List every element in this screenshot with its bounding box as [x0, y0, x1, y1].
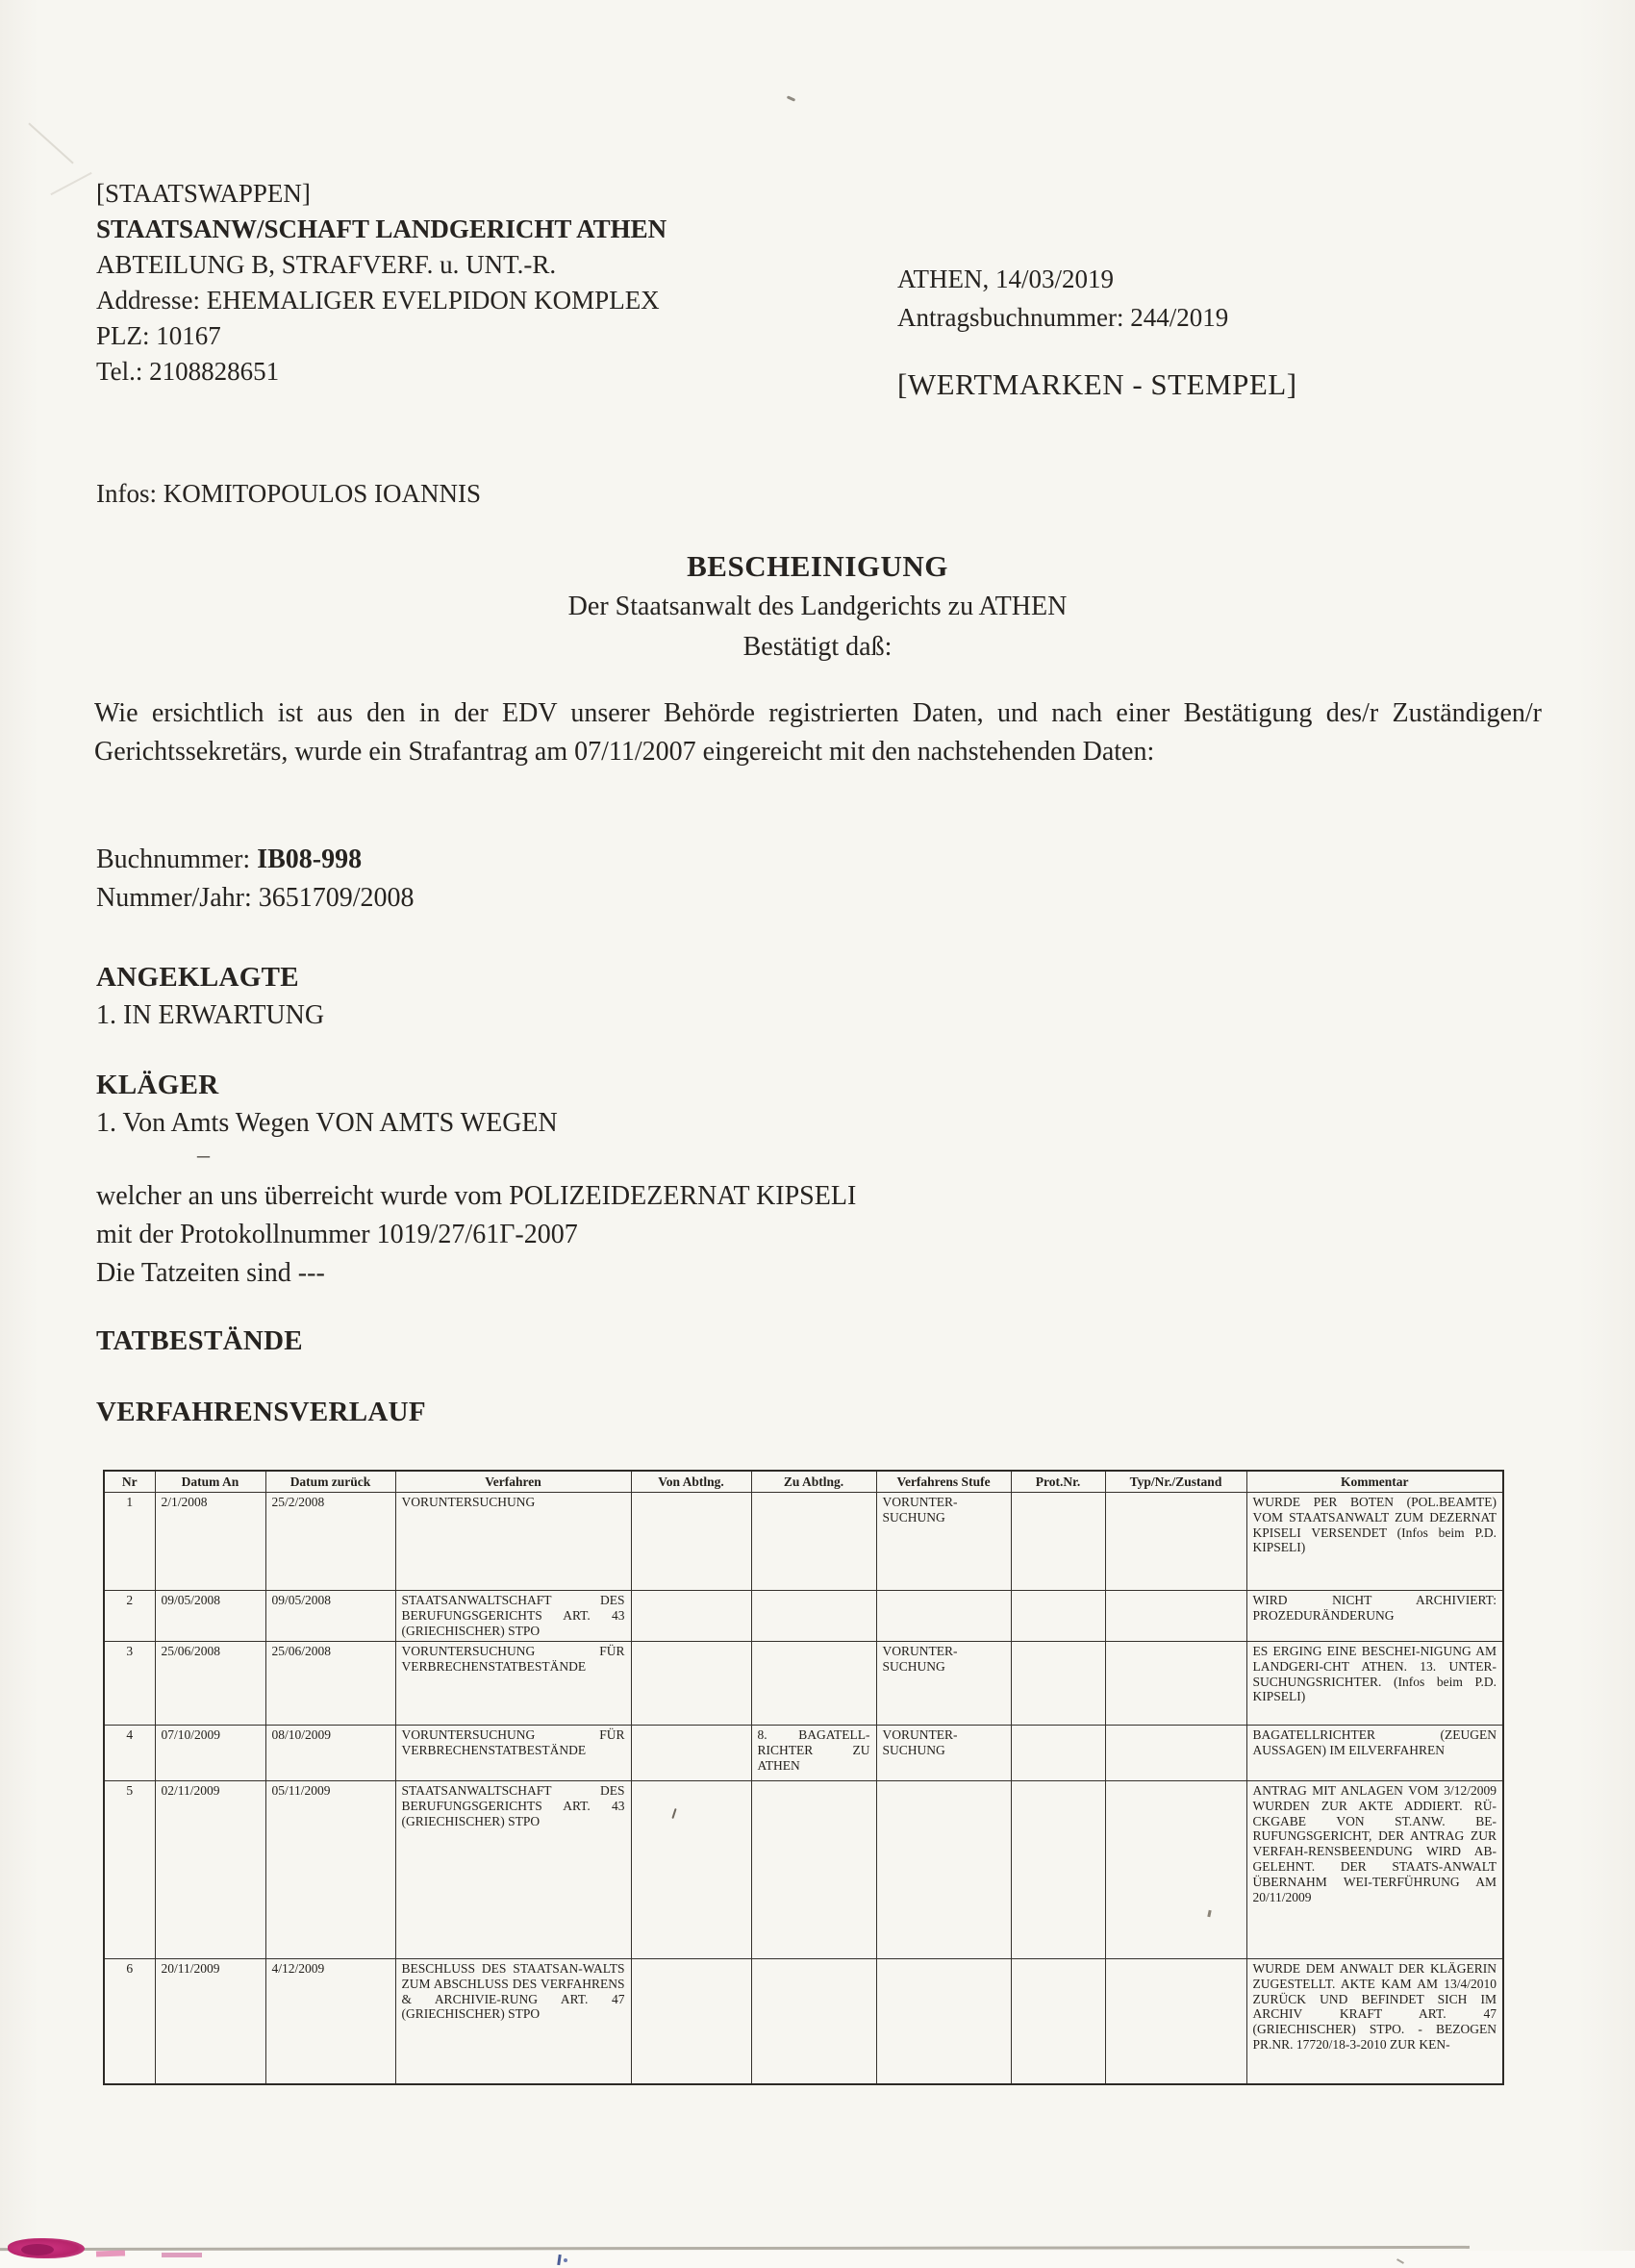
cell-zu-abtlng [751, 1591, 876, 1642]
cell-von-abtlng [631, 1781, 751, 1959]
table-row: 4 07/10/2009 08/10/2009 VORUNTERSUCHUNG … [104, 1726, 1503, 1781]
cell-verfahrens-stufe [876, 1781, 1011, 1959]
table-header-row: Nr Datum An Datum zurück Verfahren Von A… [104, 1471, 1503, 1493]
table-row: 3 25/06/2008 25/06/2008 VORUNTERSUCHUNG … [104, 1642, 1503, 1726]
klaeger-item: 1. Von Amts Wegen VON AMTS WEGEN [96, 1108, 558, 1139]
cell-zu-abtlng [751, 1493, 876, 1591]
heading-verfahrensverlauf: VERFAHRENSVERLAUF [96, 1397, 426, 1428]
cell-kommentar: ANTRAG MIT ANLAGEN VOM 3/12/2009 WURDEN … [1246, 1781, 1503, 1959]
col-header-datum-an: Datum An [155, 1471, 265, 1493]
cell-prot-nr [1011, 1781, 1105, 1959]
document-title: BESCHEINIGUNG [96, 546, 1539, 587]
handover-line-1: welcher an uns überreicht wurde vom POLI… [96, 1181, 856, 1212]
cell-zu-abtlng [751, 1642, 876, 1726]
scan-speck-artifact [787, 95, 795, 101]
heading-angeklagte: ANGEKLAGTE [96, 962, 299, 994]
cell-datum-an: 2/1/2008 [155, 1493, 265, 1591]
title-subline-1: Der Staatsanwalt des Landgerichts zu ATH… [96, 587, 1539, 627]
cell-datum-an: 20/11/2009 [155, 1959, 265, 2085]
cell-kommentar: ES ERGING EINE BESCHEI-NIGUNG AM LANDGER… [1246, 1642, 1503, 1726]
heading-klaeger: KLÄGER [96, 1070, 219, 1101]
cell-datum-zurueck: 05/11/2009 [265, 1781, 395, 1959]
cell-datum-an: 02/11/2009 [155, 1781, 265, 1959]
cell-prot-nr [1011, 1493, 1105, 1591]
cell-typ-nr-zustand [1105, 1781, 1246, 1959]
title-block: BESCHEINIGUNG Der Staatsanwalt des Landg… [96, 546, 1539, 668]
letterhead-right: ATHEN, 14/03/2019 Antragsbuchnummer: 244… [897, 260, 1297, 404]
col-header-verfahrens-stufe: Verfahrens Stufe [876, 1471, 1011, 1493]
col-header-nr: Nr [104, 1471, 155, 1493]
cell-datum-an: 25/06/2008 [155, 1642, 265, 1726]
cell-zu-abtlng [751, 1781, 876, 1959]
cell-verfahrens-stufe: VORUNTER-SUCHUNG [876, 1726, 1011, 1781]
cell-kommentar: WIRD NICHT ARCHIVIERT: PROZEDURÄNDERUNG [1246, 1591, 1503, 1642]
title-subline-2: Bestätigt daß: [96, 627, 1539, 668]
handover-line-2: mit der Protokollnummer 1019/27/61Γ-2007 [96, 1220, 578, 1250]
pink-ink-smudge [21, 2244, 54, 2255]
scanned-document-page: [STAATSWAPPEN] STAATSANW/SCHAFT LANDGERI… [0, 0, 1635, 2268]
number-year-line: Nummer/Jahr: 3651709/2008 [96, 883, 415, 914]
col-header-zu-abtlng: Zu Abtlng. [751, 1471, 876, 1493]
cell-datum-zurueck: 09/05/2008 [265, 1591, 395, 1642]
tel-line: Tel.: 2108828651 [96, 354, 667, 390]
office-name: STAATSANW/SCHAFT LANDGERICHT ATHEN [96, 212, 667, 247]
cell-prot-nr [1011, 1959, 1105, 2085]
cell-kommentar: WURDE DEM ANWALT DER KLÄGERIN ZUGESTELLT… [1246, 1959, 1503, 2085]
cell-verfahren: VORUNTERSUCHUNG FÜR VERBRECHENSTATBESTÄN… [395, 1726, 631, 1781]
department-line: ABTEILUNG B, STRAFVERF. u. UNT.-R. [96, 247, 667, 283]
cell-typ-nr-zustand [1105, 1959, 1246, 2085]
heading-tatbestaende: TATBESTÄNDE [96, 1325, 303, 1357]
col-header-von-abtlng: Von Abtlng. [631, 1471, 751, 1493]
cell-nr: 1 [104, 1493, 155, 1591]
col-header-datum-zurueck: Datum zurück [265, 1471, 395, 1493]
cell-zu-abtlng [751, 1959, 876, 2085]
scan-bottom-strip [0, 2251, 1635, 2268]
scan-dash-artifact: – [197, 1141, 210, 1170]
col-header-verfahren: Verfahren [395, 1471, 631, 1493]
plz-line: PLZ: 10167 [96, 318, 667, 354]
scan-crease-artifact [50, 172, 91, 195]
application-book-number: Antragsbuchnummer: 244/2019 [897, 298, 1297, 337]
cell-verfahrens-stufe: VORUNTER-SUCHUNG [876, 1642, 1011, 1726]
table-row: 2 09/05/2008 09/05/2008 STAATSANWALTSCHA… [104, 1591, 1503, 1642]
cell-datum-zurueck: 08/10/2009 [265, 1726, 395, 1781]
cell-datum-an: 07/10/2009 [155, 1726, 265, 1781]
cell-nr: 5 [104, 1781, 155, 1959]
cell-verfahren: BESCHLUSS DES STAATSAN-WALTS ZUM ABSCHLU… [395, 1959, 631, 2085]
cell-kommentar: WURDE PER BOTEN (POL.BEAMTE) VOM STAATSA… [1246, 1493, 1503, 1591]
cell-verfahrens-stufe [876, 1959, 1011, 2085]
cell-von-abtlng [631, 1726, 751, 1781]
revenue-stamp-placeholder: [WERTMARKEN - STEMPEL] [897, 365, 1297, 404]
cell-von-abtlng [631, 1493, 751, 1591]
cell-verfahren: STAATSANWALTSCHAFT DES BERUFUNGSGERICHTS… [395, 1591, 631, 1642]
infos-line: Infos: KOMITOPOULOS IOANNIS [96, 479, 481, 509]
pink-ink-smudge [96, 2250, 125, 2256]
cell-prot-nr [1011, 1642, 1105, 1726]
cell-nr: 3 [104, 1642, 155, 1726]
blue-ink-speck [564, 2258, 567, 2262]
cell-verfahren: VORUNTERSUCHUNG [395, 1493, 631, 1591]
verfahrensverlauf-table: Nr Datum An Datum zurück Verfahren Von A… [103, 1470, 1504, 2085]
cell-prot-nr [1011, 1726, 1105, 1781]
cell-zu-abtlng: 8. BAGATELL-RICHTER ZU ATHEN [751, 1726, 876, 1781]
book-number-label: Buchnummer: [96, 844, 257, 874]
cell-kommentar: BAGATELLRICHTER (ZEUGEN AUSSAGEN) IM EIL… [1246, 1726, 1503, 1781]
book-number-line: Buchnummer: IB08-998 [96, 844, 362, 875]
cell-verfahren: STAATSANWALTSCHAFT DES BERUFUNGSGERICHTS… [395, 1781, 631, 1959]
col-header-typ-nr-zustand: Typ/Nr./Zustand [1105, 1471, 1246, 1493]
cell-datum-zurueck: 25/06/2008 [265, 1642, 395, 1726]
table-row: 6 20/11/2009 4/12/2009 BESCHLUSS DES STA… [104, 1959, 1503, 2085]
pink-ink-smudge [162, 2253, 202, 2257]
table-row: 1 2/1/2008 25/2/2008 VORUNTERSUCHUNG VOR… [104, 1493, 1503, 1591]
cell-nr: 4 [104, 1726, 155, 1781]
cell-datum-an: 09/05/2008 [155, 1591, 265, 1642]
book-number-value: IB08-998 [257, 844, 362, 874]
table-row: 5 02/11/2009 05/11/2009 STAATSANWALTSCHA… [104, 1781, 1503, 1959]
cell-nr: 6 [104, 1959, 155, 2085]
letterhead: [STAATSWAPPEN] STAATSANW/SCHAFT LANDGERI… [96, 176, 667, 390]
cell-verfahrens-stufe: VORUNTER-SUCHUNG [876, 1493, 1011, 1591]
cell-von-abtlng [631, 1959, 751, 2085]
cell-typ-nr-zustand [1105, 1493, 1246, 1591]
cell-prot-nr [1011, 1591, 1105, 1642]
city-date-line: ATHEN, 14/03/2019 [897, 260, 1297, 298]
angeklagte-item: 1. IN ERWARTUNG [96, 1000, 324, 1031]
cell-datum-zurueck: 4/12/2009 [265, 1959, 395, 2085]
cell-datum-zurueck: 25/2/2008 [265, 1493, 395, 1591]
cell-nr: 2 [104, 1591, 155, 1642]
cell-typ-nr-zustand [1105, 1642, 1246, 1726]
staatswappen-placeholder: [STAATSWAPPEN] [96, 176, 667, 212]
address-line: Addresse: EHEMALIGER EVELPIDON KOMPLEX [96, 283, 667, 318]
cell-typ-nr-zustand [1105, 1726, 1246, 1781]
cell-typ-nr-zustand [1105, 1591, 1246, 1642]
cell-verfahren: VORUNTERSUCHUNG FÜR VERBRECHENSTATBESTÄN… [395, 1642, 631, 1726]
col-header-prot-nr: Prot.Nr. [1011, 1471, 1105, 1493]
intro-paragraph: Wie ersichtlich ist aus den in der EDV u… [94, 694, 1542, 771]
cell-verfahrens-stufe [876, 1591, 1011, 1642]
col-header-kommentar: Kommentar [1246, 1471, 1503, 1493]
handover-line-3: Die Tatzeiten sind --- [96, 1258, 325, 1289]
cell-von-abtlng [631, 1642, 751, 1726]
scan-crease-artifact [28, 123, 73, 164]
cell-von-abtlng [631, 1591, 751, 1642]
